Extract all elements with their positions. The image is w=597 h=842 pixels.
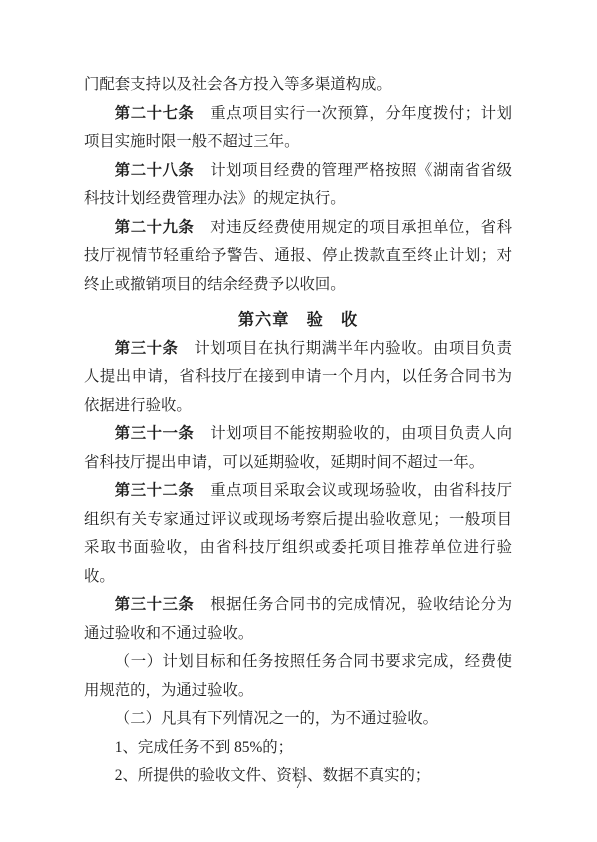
paragraph-text: （二）凡具有下列情况之一的，为不通过验收。	[115, 710, 438, 727]
article-number: 第二十八条	[115, 162, 195, 179]
paragraph: 第三十二条 重点项目采取会议或现场验收，由省科技厅组织有关专家通过评议或现场考察…	[84, 477, 512, 591]
paragraph-text: 1、完成任务不到 85%的；	[115, 739, 293, 756]
paragraph-text: （一）计划目标和任务按照任务合同书要求完成，经费使用规范的，为通过验收。	[84, 653, 512, 699]
paragraph: （一）计划目标和任务按照任务合同书要求完成，经费使用规范的，为通过验收。	[84, 648, 512, 705]
paragraph: 第二十九条 对违反经费使用规定的项目承担单位，省科技厅视情节轻重给予警告、通报、…	[84, 214, 512, 300]
article-number: 第三十三条	[115, 596, 195, 613]
paragraph: 第三十三条 根据任务合同书的完成情况，验收结论分为通过验收和不通过验收。	[84, 591, 512, 648]
document-body: 门配套支持以及社会各方投入等多渠道构成。第二十七条 重点项目实行一次预算，分年度…	[84, 71, 512, 791]
page-number: 7	[0, 776, 597, 792]
article-number: 第三十一条	[115, 425, 195, 442]
chapter-heading: 第六章 验 收	[84, 306, 512, 335]
paragraph: （二）凡具有下列情况之一的，为不通过验收。	[84, 705, 512, 734]
article-number: 第二十九条	[115, 219, 195, 236]
paragraph-text: 门配套支持以及社会各方投入等多渠道构成。	[84, 76, 392, 93]
paragraph: 第三十条 计划项目在执行期满半年内验收。由项目负责人提出申请，省科技厅在接到申请…	[84, 335, 512, 421]
paragraph: 第二十八条 计划项目经费的管理严格按照《湖南省省级科技计划经费管理办法》的规定执…	[84, 157, 512, 214]
article-number: 第二十七条	[115, 105, 195, 122]
document-page: 门配套支持以及社会各方投入等多渠道构成。第二十七条 重点项目实行一次预算，分年度…	[0, 0, 597, 842]
article-number: 第三十二条	[115, 482, 195, 499]
paragraph: 1、完成任务不到 85%的；	[84, 734, 512, 763]
paragraph: 第三十一条 计划项目不能按期验收的，由项目负责人向省科技厅提出申请，可以延期验收…	[84, 420, 512, 477]
paragraph: 门配套支持以及社会各方投入等多渠道构成。	[84, 71, 512, 100]
paragraph: 第二十七条 重点项目实行一次预算，分年度拨付；计划项目实施时限一般不超过三年。	[84, 100, 512, 157]
article-number: 第三十条	[115, 340, 179, 357]
